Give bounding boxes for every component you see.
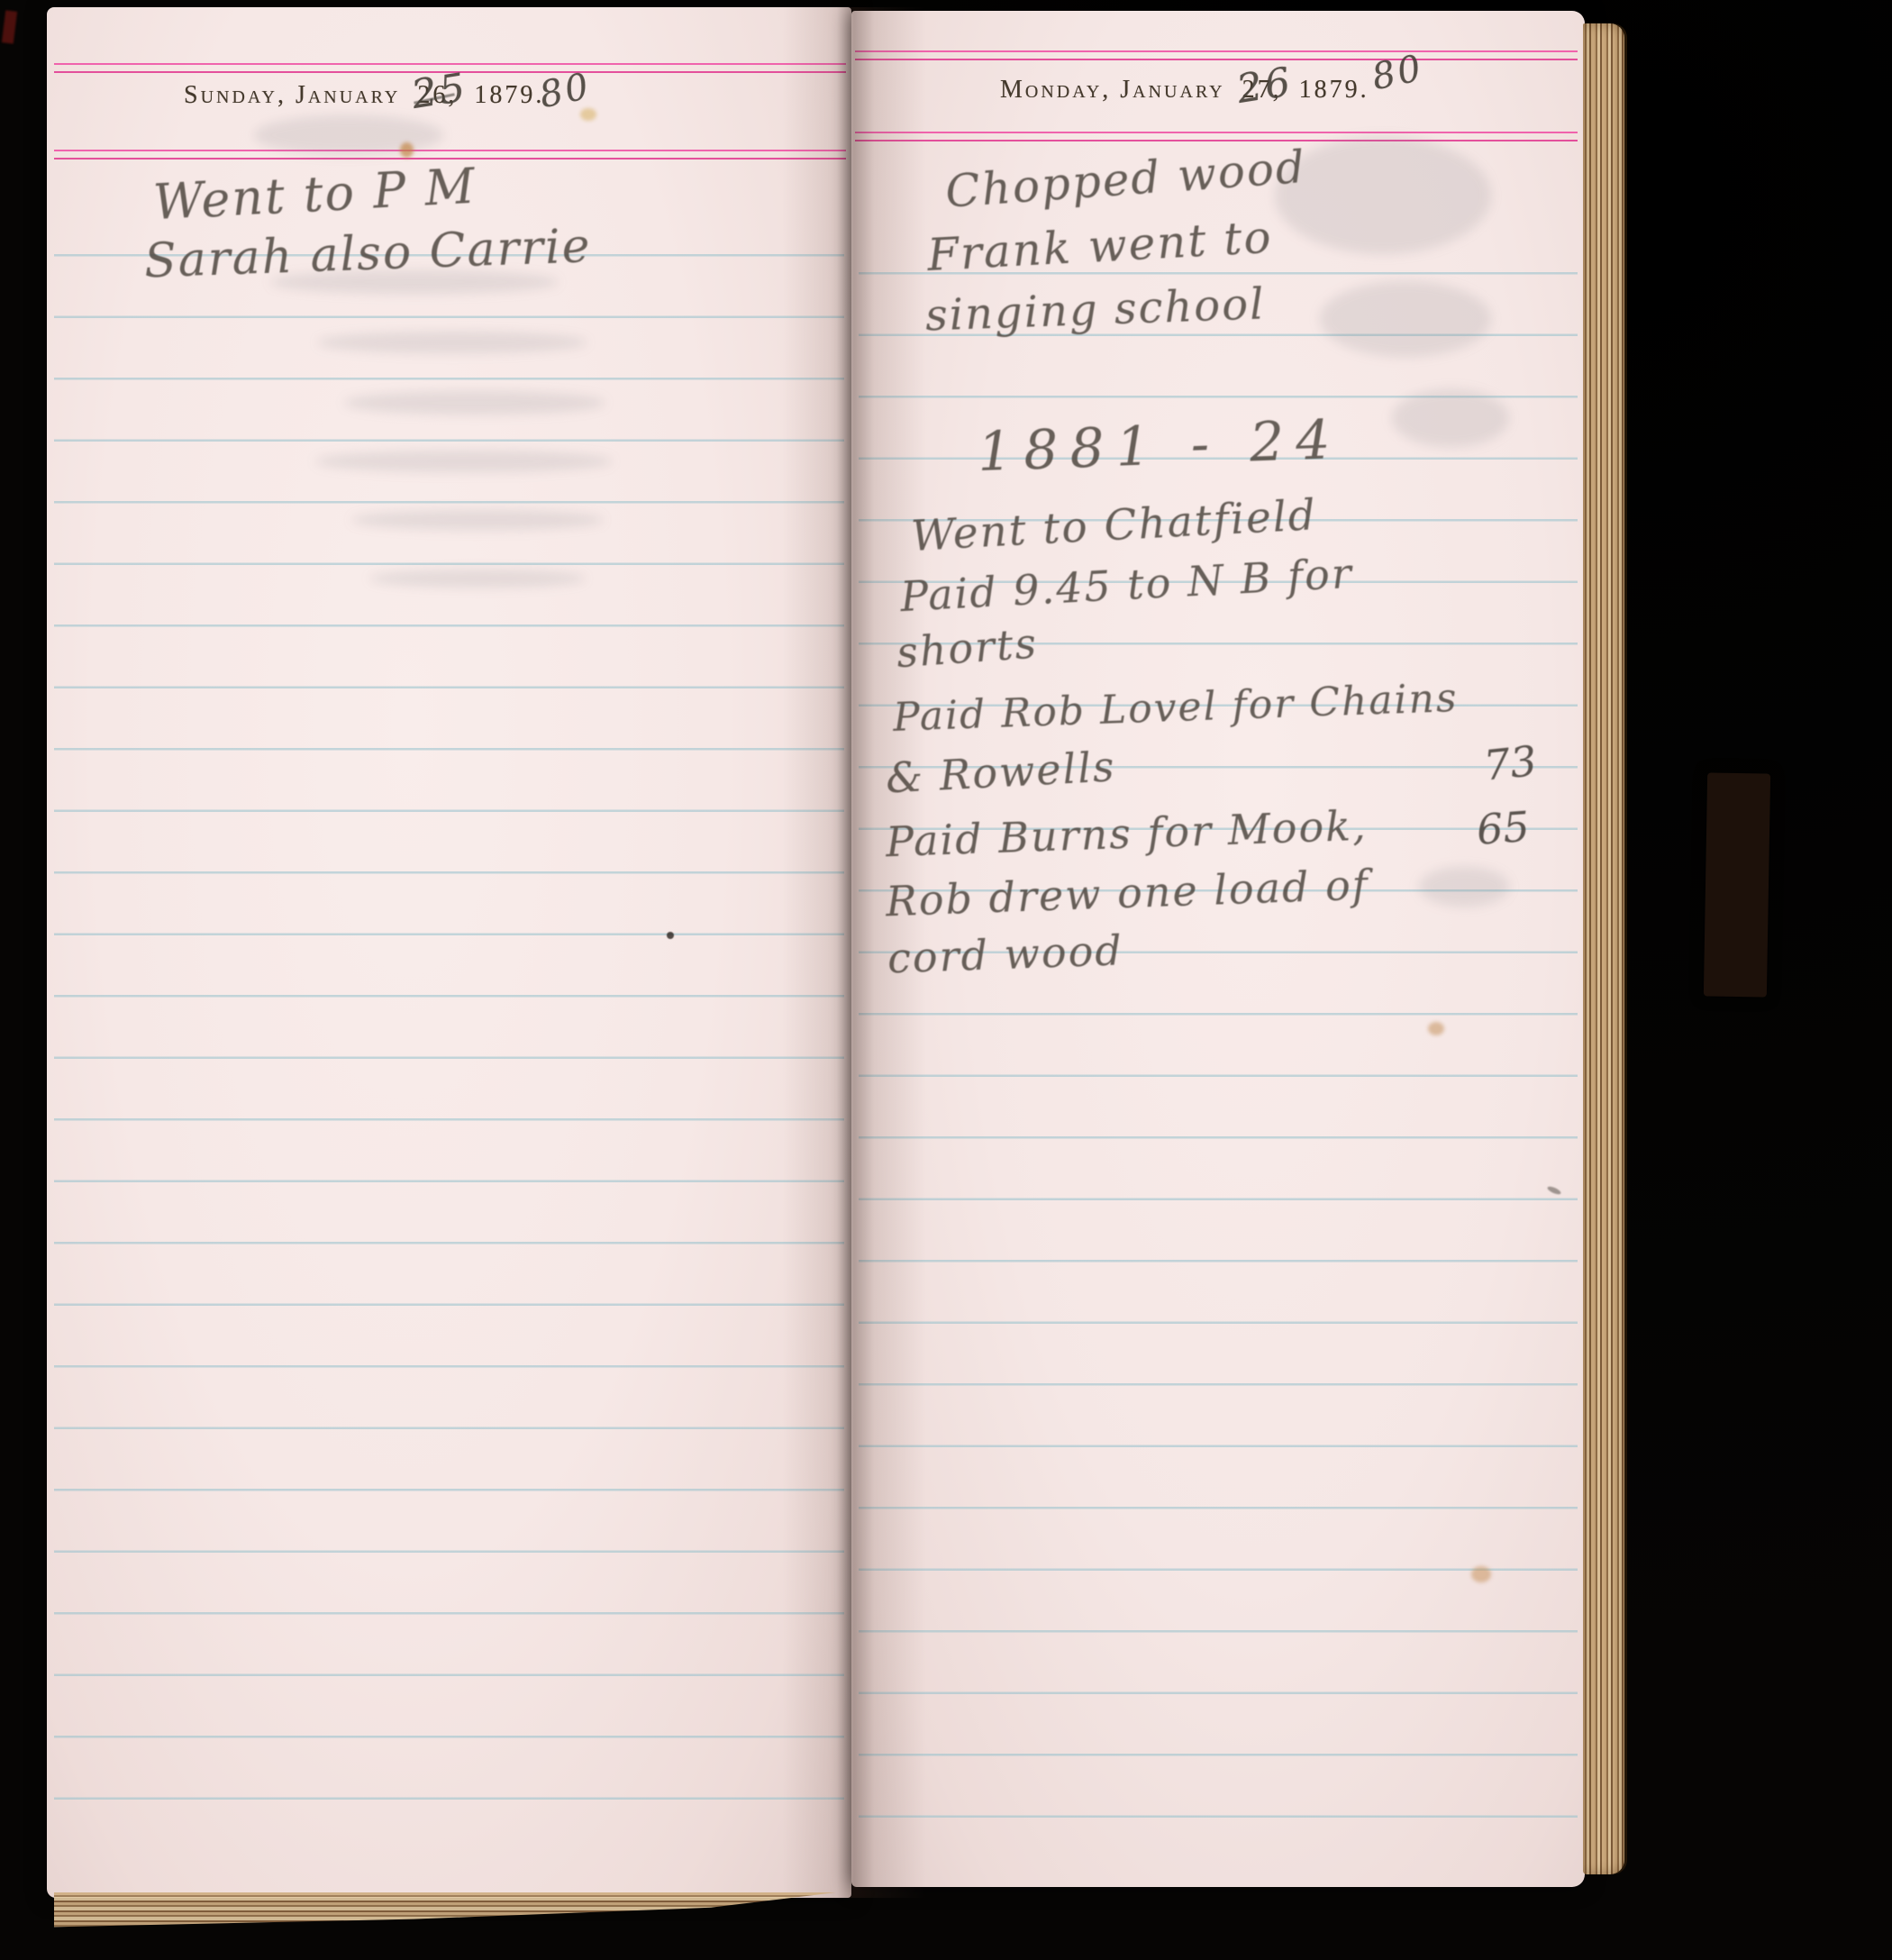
page-edge-stack — [1583, 23, 1624, 1874]
right-printed-date: Monday, January 27, 26 1879. 80 — [1000, 76, 1378, 105]
ghost-writing-smudge — [344, 391, 605, 415]
left-page: Sunday, January 26, 25 1879. 80 Went to … — [47, 7, 851, 1898]
printed-year-number: 1879. 80 — [474, 81, 544, 110]
handwritten-amount: 65 — [1475, 802, 1531, 854]
handwritten-day-correction: 25 — [409, 64, 471, 118]
left-printed-date: Sunday, January 26, 25 1879. 80 — [184, 81, 552, 110]
printed-day-number: 26, 25 — [417, 81, 457, 110]
fox-stain — [400, 142, 414, 158]
printed-date-prefix: Monday, January — [1000, 76, 1225, 104]
printed-day-number: 27, 26 — [1242, 76, 1282, 105]
scan-background: Sunday, January 26, 25 1879. 80 Went to … — [0, 0, 1892, 1960]
handwritten-entry-line: cord wood — [887, 925, 1123, 982]
ghost-writing-smudge — [1419, 867, 1509, 907]
handwritten-year-note: 1881 - 24 — [977, 408, 1343, 484]
handwritten-amount: 73 — [1481, 736, 1539, 790]
blue-ruled-lines — [54, 195, 844, 1842]
right-page: Monday, January 27, 26 1879. 80 Chopped … — [851, 11, 1585, 1887]
binding-mark — [2, 10, 17, 43]
pink-rule-top — [855, 50, 1578, 60]
ghost-writing-smudge — [351, 510, 604, 530]
printed-year-number: 1879. 80 — [1299, 76, 1369, 105]
fox-stain — [1428, 1022, 1444, 1035]
ghost-writing-smudge — [317, 332, 587, 353]
handwritten-entry-line: Chopped wood — [943, 141, 1307, 218]
pink-rule-under-header — [855, 132, 1578, 141]
fox-stain — [1471, 1566, 1491, 1582]
bookmark-ribbon — [1704, 772, 1770, 997]
fox-stain — [580, 108, 596, 121]
printed-year-text: 1879. — [1299, 76, 1369, 104]
ink-speck — [667, 932, 674, 939]
handwritten-entry-line: shorts — [895, 619, 1039, 678]
handwritten-day-correction: 26 — [1233, 59, 1296, 113]
ghost-writing-smudge — [1392, 389, 1509, 447]
ghost-writing-smudge — [254, 115, 443, 155]
ghost-writing-smudge — [369, 570, 586, 588]
bottom-page-edges — [54, 1892, 836, 1928]
printed-year-text: 1879. — [474, 81, 544, 109]
ghost-writing-smudge — [1320, 281, 1491, 357]
ghost-writing-smudge — [315, 451, 613, 472]
printed-date-prefix: Sunday, January — [184, 81, 400, 109]
ghost-writing-smudge — [1275, 137, 1491, 254]
